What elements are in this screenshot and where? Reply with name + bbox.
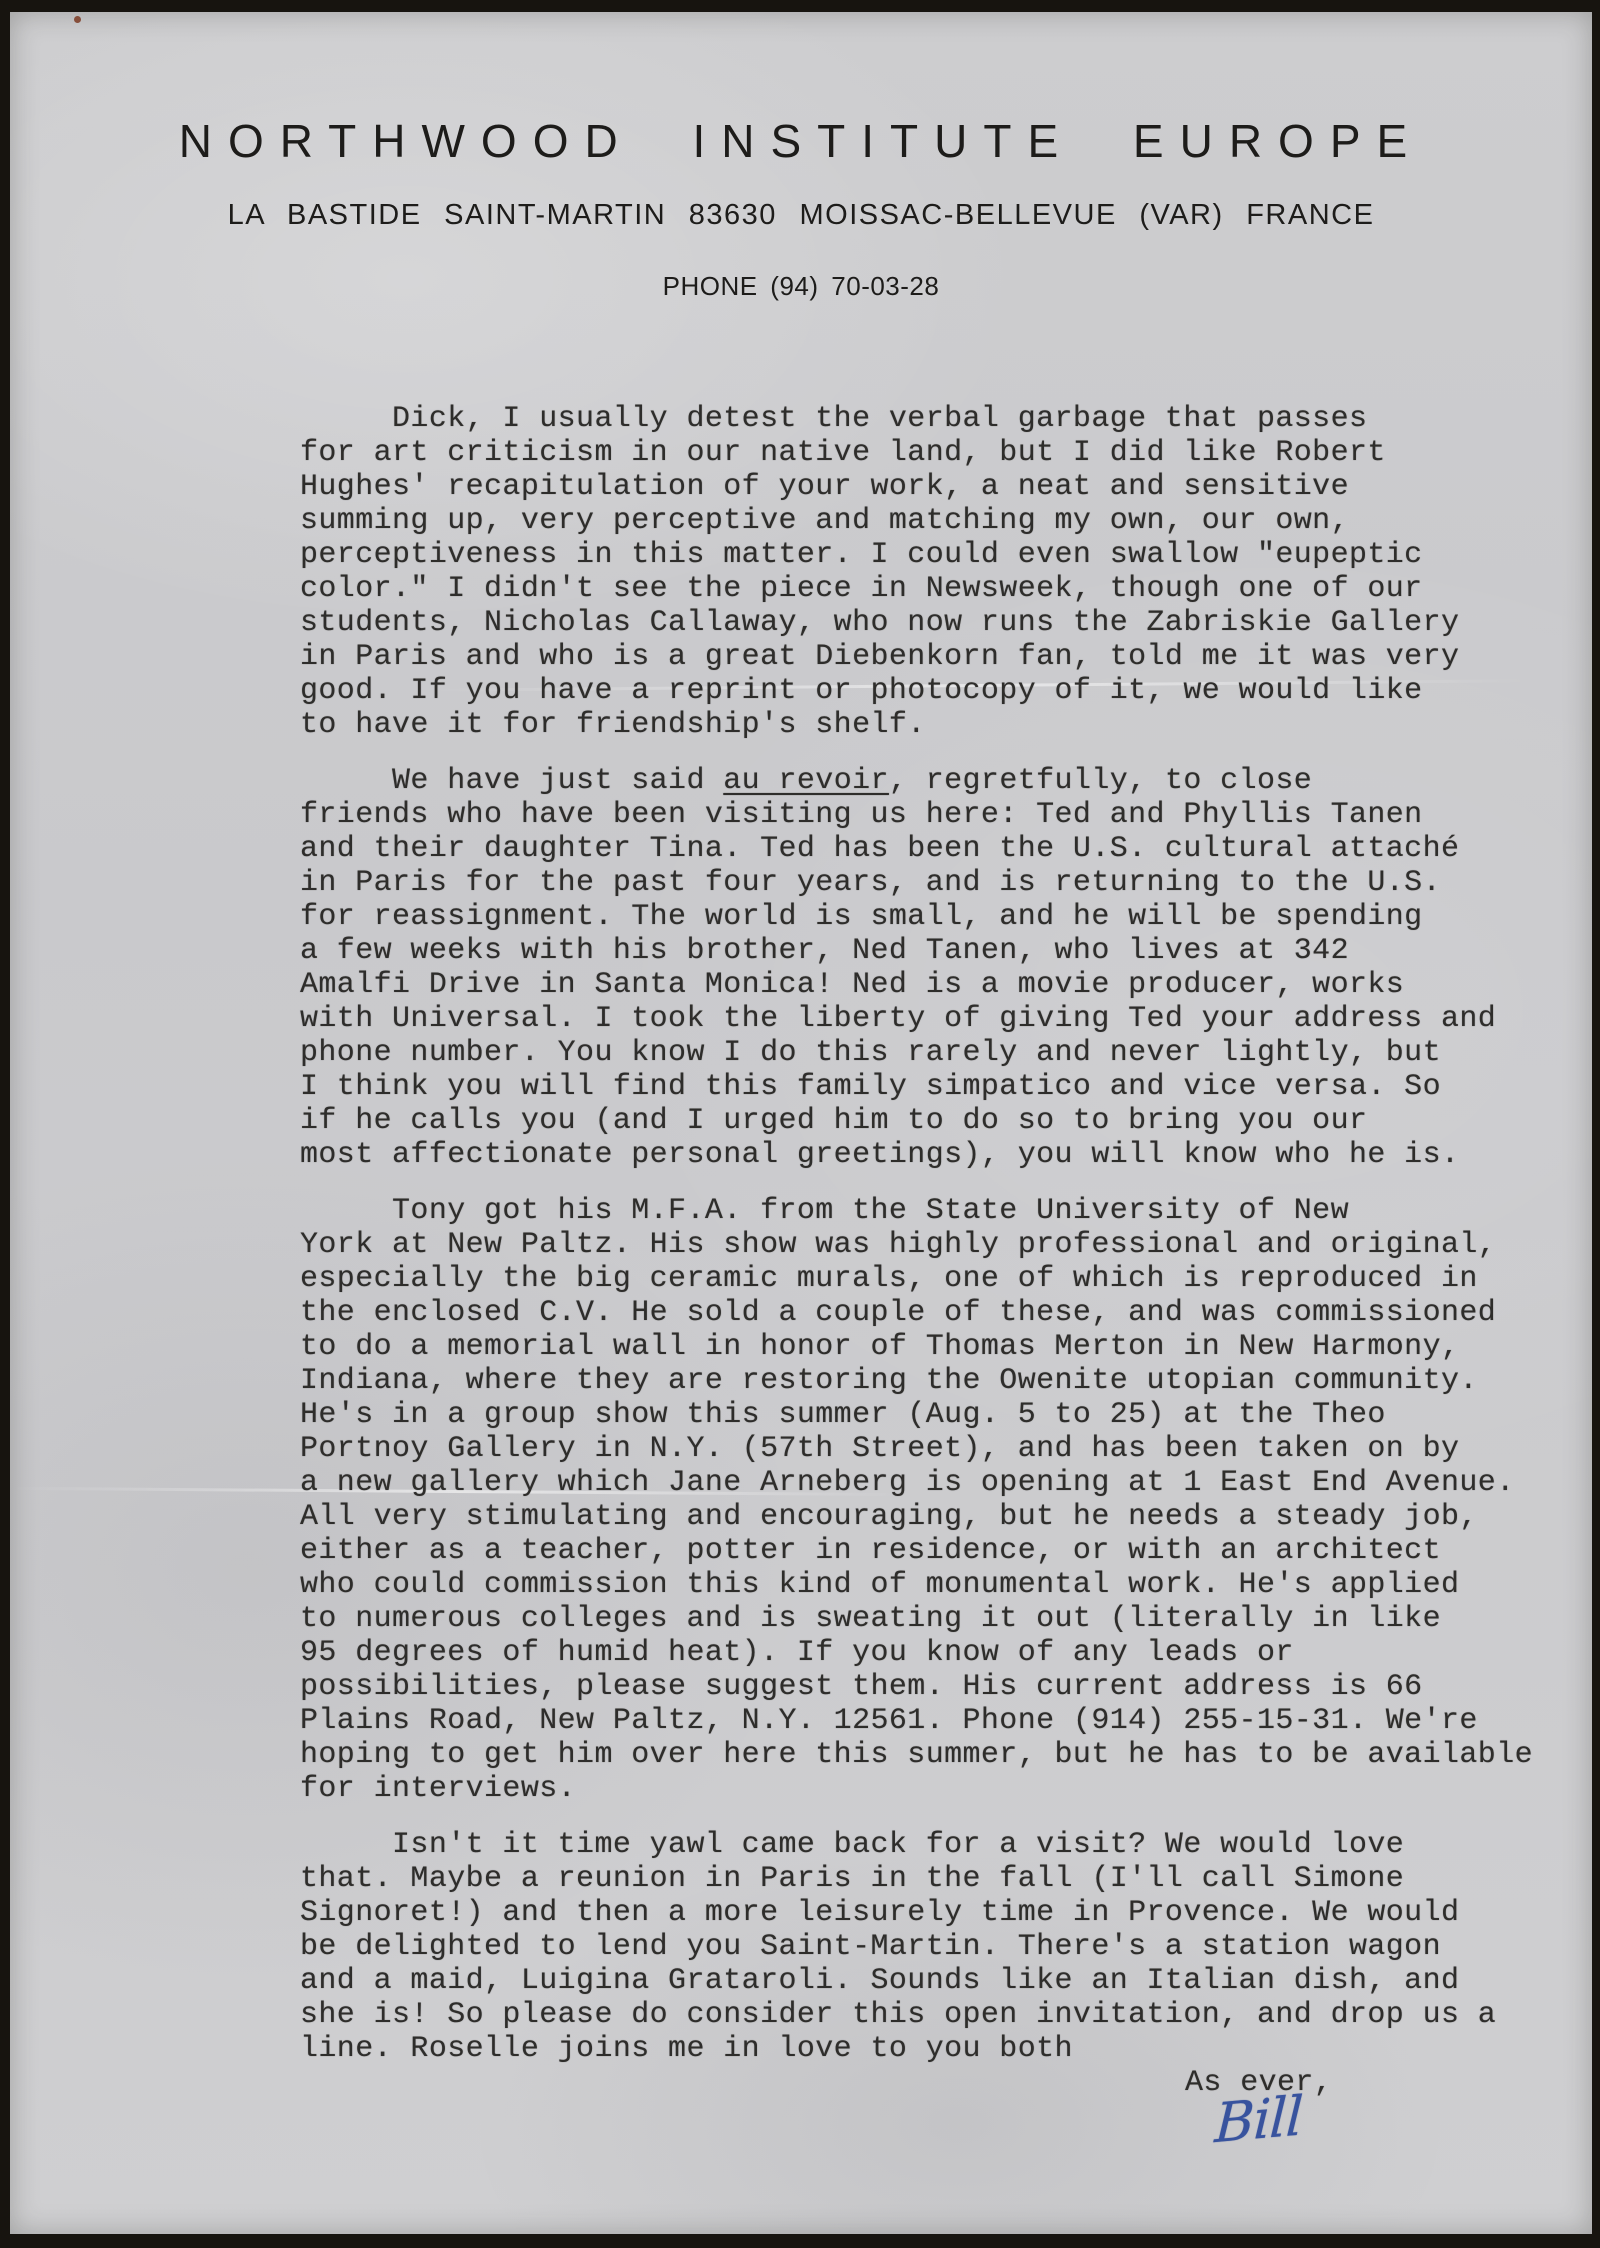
letterhead-address: LA BASTIDE SAINT-MARTIN 83630 MOISSAC-BE… (10, 199, 1592, 231)
ink-speck (74, 16, 81, 23)
letter-paragraph-2: We have just said au revoir, regretfully… (300, 764, 1570, 1172)
letterhead-phone: PHONE (94) 70-03-28 (10, 271, 1592, 301)
paragraph-2-lead: We have just said (300, 764, 723, 798)
letter-paper: NORTHWOOD INSTITUTE EUROPE LA BASTIDE SA… (10, 12, 1592, 2234)
scan-background: NORTHWOOD INSTITUTE EUROPE LA BASTIDE SA… (0, 0, 1600, 2248)
letter-paragraph-4: Isn't it time yawl came back for a visit… (300, 1828, 1570, 2066)
paragraph-2-rest: , regretfully, to close friends who have… (300, 764, 1496, 1172)
au-revoir-underlined-text: au revoir (723, 764, 889, 798)
letterhead-org-name: NORTHWOOD INSTITUTE EUROPE (10, 116, 1592, 166)
letter-paragraph-3: Tony got his M.F.A. from the State Unive… (300, 1194, 1570, 1806)
letter-body: Dick, I usually detest the verbal garbag… (300, 402, 1570, 2154)
letter-paragraph-1: Dick, I usually detest the verbal garbag… (300, 402, 1570, 742)
